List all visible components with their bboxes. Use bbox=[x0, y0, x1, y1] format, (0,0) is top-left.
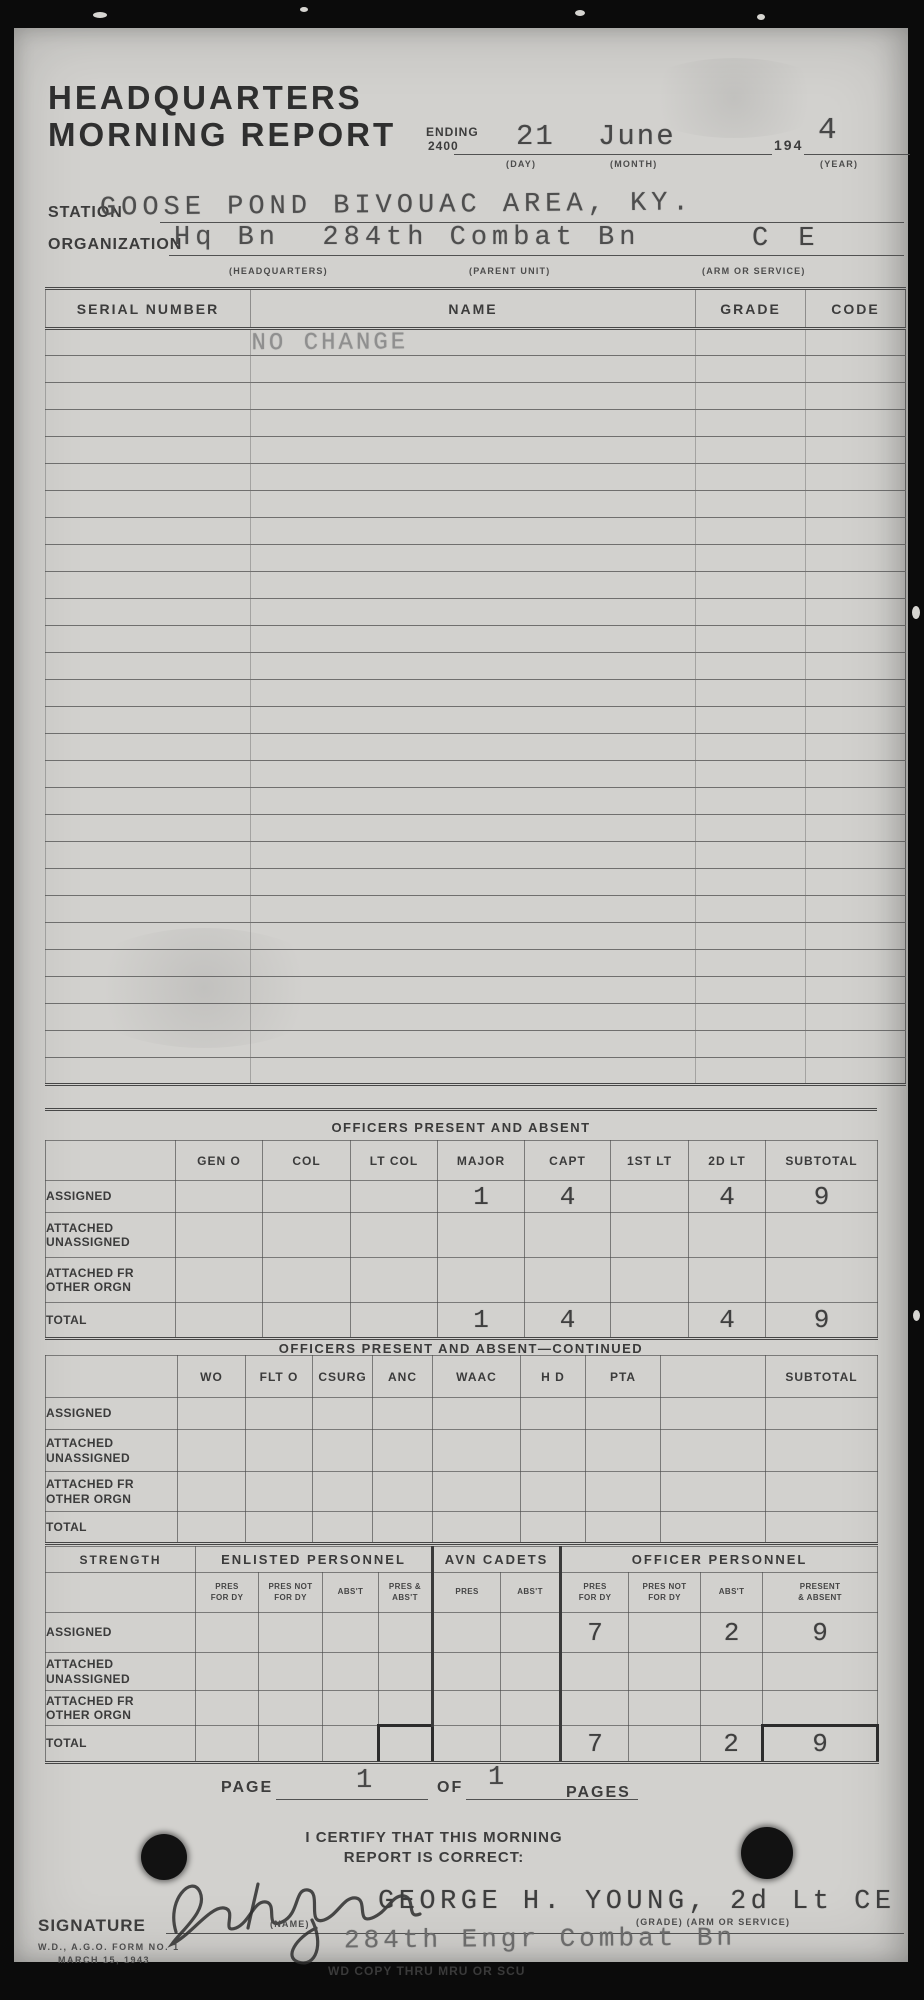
empty-cell bbox=[46, 707, 251, 734]
empty-cell bbox=[46, 329, 251, 356]
strength-table: STRENGTH ENLISTED PERSONNEL AVN CADETS O… bbox=[45, 1546, 879, 1764]
empty-cell bbox=[696, 896, 806, 923]
empty-cell bbox=[251, 896, 696, 923]
enlisted-pres-for-dy: PRESFOR DY bbox=[196, 1573, 259, 1613]
row-label: ASSIGNED bbox=[46, 1181, 176, 1213]
empty-cell bbox=[806, 815, 906, 842]
empty-cell bbox=[696, 950, 806, 977]
strength-group-row: STRENGTH ENLISTED PERSONNEL AVN CADETS O… bbox=[46, 1547, 878, 1573]
empty-cell bbox=[433, 1653, 501, 1691]
value-cell: 4 bbox=[689, 1181, 766, 1213]
officer-present-and-absent: PRESENT& ABSENT bbox=[763, 1573, 878, 1613]
empty-cell bbox=[46, 437, 251, 464]
continued-total-row: TOTAL bbox=[46, 1512, 878, 1544]
empty-cell bbox=[763, 1653, 878, 1691]
form-date: MARCH 15, 1943 bbox=[58, 1955, 150, 1965]
empty-cell bbox=[46, 464, 251, 491]
roster-empty-row bbox=[46, 653, 906, 680]
enlisted-personnel-group: ENLISTED PERSONNEL bbox=[196, 1547, 433, 1573]
officers-col-lt-col: LT COL bbox=[351, 1141, 438, 1181]
empty-cell bbox=[46, 356, 251, 383]
empty-cell bbox=[313, 1472, 373, 1512]
empty-cell bbox=[806, 491, 906, 518]
strength-assigned-row: ASSIGNED 7 2 9 bbox=[46, 1613, 878, 1653]
empty-cell bbox=[766, 1213, 878, 1258]
value-cell bbox=[501, 1613, 561, 1653]
empty-cell bbox=[251, 734, 696, 761]
empty-cell bbox=[521, 1430, 586, 1472]
empty-cell bbox=[661, 1398, 766, 1430]
roster-empty-row bbox=[46, 356, 906, 383]
empty-cell bbox=[251, 518, 696, 545]
value-cell bbox=[263, 1181, 351, 1213]
empty-cell bbox=[373, 1512, 433, 1544]
row-label: ATTACHEDUNASSIGNED bbox=[46, 1213, 176, 1258]
officers-col-capt: CAPT bbox=[525, 1141, 611, 1181]
empty-cell bbox=[806, 356, 906, 383]
empty-cell bbox=[696, 977, 806, 1004]
value-cell bbox=[351, 1303, 438, 1339]
value-cell bbox=[433, 1613, 501, 1653]
empty-cell bbox=[696, 707, 806, 734]
value-cell bbox=[629, 1613, 701, 1653]
empty-cell bbox=[806, 950, 906, 977]
empty-cell bbox=[46, 842, 251, 869]
empty-cell bbox=[696, 869, 806, 896]
row-label: ATTACHED FROTHER ORGN bbox=[46, 1472, 178, 1512]
empty-cell bbox=[806, 1058, 906, 1085]
empty-cell bbox=[806, 1031, 906, 1058]
roster-table: SERIAL NUMBER NAME GRADE CODE NO CHANGE bbox=[45, 287, 906, 1086]
day-caption: (DAY) bbox=[506, 159, 536, 169]
empty-cell bbox=[46, 1031, 251, 1058]
avn-cadets-group: AVN CADETS bbox=[433, 1547, 561, 1573]
empty-cell bbox=[696, 518, 806, 545]
empty-cell bbox=[696, 653, 806, 680]
empty-cell bbox=[806, 464, 906, 491]
empty-cell bbox=[689, 1213, 766, 1258]
value-cell bbox=[501, 1726, 561, 1763]
roster-header-name: NAME bbox=[251, 289, 696, 329]
empty-cell bbox=[176, 1258, 263, 1303]
scan-speck bbox=[93, 12, 107, 18]
value-cell: 4 bbox=[525, 1303, 611, 1339]
roster-header-row: SERIAL NUMBER NAME GRADE CODE bbox=[46, 289, 906, 329]
roster-empty-row bbox=[46, 1058, 906, 1085]
roster-empty-row bbox=[46, 896, 906, 923]
roster-empty-row bbox=[46, 383, 906, 410]
officers-col-subtotal: SUBTOTAL bbox=[766, 1141, 878, 1181]
empty-cell bbox=[251, 653, 696, 680]
officers-continued-table: WO FLT O CSURG ANC WAAC H D PTA SUBTOTAL… bbox=[45, 1355, 878, 1545]
empty-cell bbox=[46, 896, 251, 923]
empty-cell bbox=[251, 923, 696, 950]
scan-speck bbox=[757, 14, 765, 20]
name-caption: (NAME) bbox=[270, 1919, 310, 1929]
empty-cell bbox=[806, 1004, 906, 1031]
empty-cell bbox=[246, 1398, 313, 1430]
page-value: 1 bbox=[356, 1768, 372, 1795]
roster-empty-row bbox=[46, 977, 906, 1004]
officers-assigned-row: ASSIGNED 1 4 4 9 bbox=[46, 1181, 878, 1213]
certify-line1: I CERTIFY THAT THIS MORNING bbox=[214, 1829, 654, 1846]
officers-col-major: MAJOR bbox=[438, 1141, 525, 1181]
empty-cell bbox=[438, 1258, 525, 1303]
empty-cell bbox=[433, 1512, 521, 1544]
typed-name: GEORGE H. YOUNG, 2d Lt CE bbox=[378, 1889, 896, 1916]
empty-cell bbox=[351, 1258, 438, 1303]
continued-col-wo: WO bbox=[178, 1356, 246, 1398]
empty-cell bbox=[251, 842, 696, 869]
roster-header-serial: SERIAL NUMBER bbox=[46, 289, 251, 329]
empty-cell bbox=[696, 842, 806, 869]
empty-cell bbox=[806, 869, 906, 896]
empty-cell bbox=[251, 761, 696, 788]
value-cell bbox=[611, 1303, 689, 1339]
strength-attached-unassigned-row: ATTACHEDUNASSIGNED bbox=[46, 1653, 878, 1691]
roster-header-grade: GRADE bbox=[696, 289, 806, 329]
value-cell bbox=[379, 1726, 433, 1763]
value-cell: 2 bbox=[701, 1726, 763, 1763]
of-label: OF bbox=[437, 1779, 463, 1797]
date-year-value: 4 bbox=[818, 115, 837, 146]
roster-empty-row bbox=[46, 437, 906, 464]
empty-cell bbox=[263, 1258, 351, 1303]
empty-cell bbox=[696, 1004, 806, 1031]
empty-cell bbox=[46, 518, 251, 545]
empty-cell bbox=[806, 923, 906, 950]
empty-cell bbox=[259, 1691, 323, 1726]
empty-cell bbox=[696, 788, 806, 815]
year-prefix: 194 bbox=[774, 137, 803, 153]
empty-cell bbox=[46, 815, 251, 842]
value-cell bbox=[351, 1181, 438, 1213]
empty-cell bbox=[525, 1258, 611, 1303]
value-cell bbox=[176, 1181, 263, 1213]
empty-cell bbox=[373, 1398, 433, 1430]
empty-cell bbox=[251, 869, 696, 896]
empty-cell bbox=[178, 1512, 246, 1544]
officers-header-row: GEN O COL LT COL MAJOR CAPT 1ST LT 2D LT… bbox=[46, 1141, 878, 1181]
roster-empty-row bbox=[46, 680, 906, 707]
value-cell bbox=[433, 1726, 501, 1763]
morning-report-form: HEADQUARTERS MORNING REPORT ENDING 2400 … bbox=[14, 28, 908, 1962]
enlisted-pres-and-abst: PRES &ABS'T bbox=[379, 1573, 433, 1613]
empty-cell bbox=[696, 626, 806, 653]
empty-cell bbox=[806, 545, 906, 572]
empty-cell bbox=[251, 464, 696, 491]
empty-cell bbox=[46, 1573, 196, 1613]
roster-empty-row bbox=[46, 815, 906, 842]
officer-pres-not-for-dy: PRES NOTFOR DY bbox=[629, 1573, 701, 1613]
empty-cell bbox=[696, 464, 806, 491]
roster-empty-row bbox=[46, 1031, 906, 1058]
avn-pres: PRES bbox=[433, 1573, 501, 1613]
organization-value: Hq Bn 284th Combat Bn bbox=[174, 225, 640, 252]
form-title-line1: HEADQUARTERS bbox=[48, 81, 363, 114]
strength-attached-fr-row: ATTACHED FROTHER ORGN bbox=[46, 1691, 878, 1726]
empty-cell bbox=[251, 599, 696, 626]
row-label: TOTAL bbox=[46, 1512, 178, 1544]
empty-cell bbox=[46, 1058, 251, 1085]
empty-cell bbox=[696, 491, 806, 518]
value-cell bbox=[323, 1726, 379, 1763]
page-underline bbox=[276, 1799, 428, 1800]
empty-cell bbox=[525, 1213, 611, 1258]
empty-cell bbox=[806, 977, 906, 1004]
empty-cell bbox=[766, 1430, 878, 1472]
empty-cell bbox=[696, 734, 806, 761]
officers-col-2d-lt: 2D LT bbox=[689, 1141, 766, 1181]
row-label: ATTACHED FROTHER ORGN bbox=[46, 1691, 196, 1726]
empty-cell bbox=[246, 1512, 313, 1544]
continued-attached-fr-row: ATTACHED FROTHER ORGN bbox=[46, 1472, 878, 1512]
value-cell: 1 bbox=[438, 1303, 525, 1339]
empty-cell bbox=[806, 842, 906, 869]
empty-cell bbox=[763, 1691, 878, 1726]
value-cell bbox=[611, 1181, 689, 1213]
empty-cell bbox=[46, 383, 251, 410]
empty-cell bbox=[689, 1258, 766, 1303]
empty-cell bbox=[251, 383, 696, 410]
empty-cell bbox=[313, 1512, 373, 1544]
empty-cell bbox=[696, 815, 806, 842]
officers-continued-title: OFFICERS PRESENT AND ABSENT—CONTINUED bbox=[45, 1341, 877, 1356]
empty-cell bbox=[766, 1512, 878, 1544]
empty-cell bbox=[586, 1430, 661, 1472]
roster-empty-row bbox=[46, 518, 906, 545]
value-cell bbox=[263, 1303, 351, 1339]
empty-cell bbox=[611, 1213, 689, 1258]
organization-underline bbox=[169, 255, 904, 256]
scan-speck bbox=[575, 10, 585, 16]
empty-cell bbox=[46, 869, 251, 896]
empty-cell bbox=[46, 626, 251, 653]
empty-cell bbox=[696, 572, 806, 599]
month-caption: (MONTH) bbox=[610, 159, 657, 169]
row-label: ASSIGNED bbox=[46, 1613, 196, 1653]
certify-line2: REPORT IS CORRECT: bbox=[214, 1849, 654, 1866]
continued-col-csurg: CSURG bbox=[313, 1356, 373, 1398]
scan-background: HEADQUARTERS MORNING REPORT ENDING 2400 … bbox=[0, 0, 924, 2000]
scan-speck bbox=[912, 606, 920, 619]
empty-cell bbox=[176, 1213, 263, 1258]
empty-cell bbox=[251, 356, 696, 383]
value-cell bbox=[379, 1613, 433, 1653]
roster-empty-row bbox=[46, 788, 906, 815]
empty-cell bbox=[586, 1398, 661, 1430]
empty-cell bbox=[251, 545, 696, 572]
empty-cell bbox=[806, 383, 906, 410]
empty-cell bbox=[701, 1691, 763, 1726]
empty-cell bbox=[696, 599, 806, 626]
continued-col-subtotal: SUBTOTAL bbox=[766, 1356, 878, 1398]
empty-cell bbox=[251, 626, 696, 653]
empty-cell bbox=[561, 1691, 629, 1726]
roster-header-code: CODE bbox=[806, 289, 906, 329]
empty-cell bbox=[251, 1004, 696, 1031]
empty-cell bbox=[379, 1653, 433, 1691]
continued-col-anc: ANC bbox=[373, 1356, 433, 1398]
empty-cell bbox=[46, 599, 251, 626]
empty-cell bbox=[661, 1430, 766, 1472]
empty-cell bbox=[178, 1398, 246, 1430]
form-title-line2: MORNING REPORT bbox=[48, 118, 396, 151]
officers-section-rule bbox=[45, 1108, 877, 1111]
continued-col-waac: WAAC bbox=[433, 1356, 521, 1398]
empty-cell bbox=[196, 1653, 259, 1691]
empty-cell bbox=[501, 1691, 561, 1726]
roster-empty-row bbox=[46, 572, 906, 599]
empty-cell bbox=[178, 1430, 246, 1472]
headquarters-caption: (HEADQUARTERS) bbox=[229, 266, 328, 276]
empty-cell bbox=[46, 788, 251, 815]
value-cell: 9 bbox=[766, 1303, 878, 1339]
officer-pres-for-dy: PRESFOR DY bbox=[561, 1573, 629, 1613]
empty-cell bbox=[433, 1472, 521, 1512]
empty-cell bbox=[806, 707, 906, 734]
empty-cell bbox=[46, 761, 251, 788]
roster-entry-row: NO CHANGE bbox=[46, 329, 906, 356]
roster-entry-name: NO CHANGE bbox=[250, 327, 695, 356]
empty-cell bbox=[806, 896, 906, 923]
empty-cell bbox=[251, 788, 696, 815]
empty-cell bbox=[251, 950, 696, 977]
row-label: TOTAL bbox=[46, 1726, 196, 1763]
scan-speck bbox=[300, 7, 308, 12]
empty-cell bbox=[323, 1691, 379, 1726]
roster-empty-row bbox=[46, 410, 906, 437]
empty-cell bbox=[196, 1691, 259, 1726]
enlisted-pres-not-for-dy: PRES NOTFOR DY bbox=[259, 1573, 323, 1613]
scan-speck bbox=[913, 1310, 920, 1321]
empty-cell bbox=[178, 1472, 246, 1512]
empty-cell bbox=[263, 1213, 351, 1258]
empty-cell bbox=[433, 1398, 521, 1430]
roster-empty-row bbox=[46, 761, 906, 788]
value-cell bbox=[176, 1303, 263, 1339]
empty-cell bbox=[701, 1653, 763, 1691]
empty-cell bbox=[46, 950, 251, 977]
roster-empty-rows bbox=[46, 356, 906, 1085]
officers-table: GEN O COL LT COL MAJOR CAPT 1ST LT 2D LT… bbox=[45, 1140, 878, 1340]
roster-empty-row bbox=[46, 923, 906, 950]
empty-cell bbox=[433, 1691, 501, 1726]
empty-cell bbox=[806, 599, 906, 626]
officer-personnel-group: OFFICER PERSONNEL bbox=[561, 1547, 878, 1573]
pages-label: PAGES bbox=[566, 1784, 631, 1802]
continued-assigned-row: ASSIGNED bbox=[46, 1398, 878, 1430]
ending-label: ENDING bbox=[426, 125, 479, 139]
parent-unit-caption: (PARENT UNIT) bbox=[469, 266, 550, 276]
form-number: W.D., A.G.O. FORM NO. 1 bbox=[38, 1942, 180, 1952]
value-cell: 9 bbox=[766, 1181, 878, 1213]
ending-time: 2400 bbox=[428, 139, 459, 153]
empty-cell bbox=[501, 1653, 561, 1691]
row-label: ATTACHED FROTHER ORGN bbox=[46, 1258, 176, 1303]
empty-cell bbox=[246, 1430, 313, 1472]
roster-empty-row bbox=[46, 950, 906, 977]
pages-value: 1 bbox=[488, 1765, 504, 1792]
roster-empty-row bbox=[46, 626, 906, 653]
wd-copy-note: WD COPY THRU MRU OR SCU bbox=[328, 1964, 525, 1978]
empty-cell bbox=[259, 1653, 323, 1691]
officers-col-1st-lt: 1ST LT bbox=[611, 1141, 689, 1181]
empty-cell bbox=[251, 815, 696, 842]
roster-empty-row bbox=[46, 734, 906, 761]
roster-empty-row bbox=[46, 464, 906, 491]
strength-subheader-row: PRESFOR DY PRES NOTFOR DY ABS'T PRES &AB… bbox=[46, 1573, 878, 1613]
officers-attached-fr-row: ATTACHED FROTHER ORGN bbox=[46, 1258, 878, 1303]
empty-cell bbox=[766, 1472, 878, 1512]
empty-cell bbox=[629, 1691, 701, 1726]
empty-cell bbox=[806, 572, 906, 599]
empty-cell bbox=[806, 680, 906, 707]
value-cell bbox=[196, 1726, 259, 1763]
empty-cell bbox=[438, 1213, 525, 1258]
value-cell: 2 bbox=[701, 1613, 763, 1653]
signature-label: SIGNATURE bbox=[38, 1916, 146, 1936]
grade-arm-caption: (GRADE) (ARM OR SERVICE) bbox=[636, 1917, 790, 1927]
empty-cell bbox=[351, 1213, 438, 1258]
empty-cell bbox=[661, 1472, 766, 1512]
empty-cell bbox=[46, 410, 251, 437]
empty-cell bbox=[806, 761, 906, 788]
officers-col-gen-o: GEN O bbox=[176, 1141, 263, 1181]
empty-cell bbox=[696, 1058, 806, 1085]
empty-cell bbox=[696, 680, 806, 707]
empty-cell bbox=[251, 437, 696, 464]
empty-cell bbox=[586, 1512, 661, 1544]
page-label: PAGE bbox=[221, 1779, 273, 1797]
empty-cell bbox=[806, 653, 906, 680]
value-cell: 7 bbox=[561, 1613, 629, 1653]
empty-cell bbox=[696, 356, 806, 383]
empty-cell bbox=[373, 1430, 433, 1472]
year-underline bbox=[804, 154, 910, 155]
row-label: TOTAL bbox=[46, 1303, 176, 1339]
value-cell bbox=[259, 1613, 323, 1653]
empty-cell bbox=[806, 734, 906, 761]
empty-cell bbox=[696, 410, 806, 437]
empty-cell bbox=[46, 1004, 251, 1031]
value-cell: 9 bbox=[763, 1726, 878, 1763]
empty-cell bbox=[379, 1691, 433, 1726]
value-cell bbox=[259, 1726, 323, 1763]
empty-cell bbox=[251, 410, 696, 437]
empty-cell bbox=[629, 1653, 701, 1691]
roster-empty-row bbox=[46, 491, 906, 518]
empty-cell bbox=[46, 923, 251, 950]
date-month-value: June bbox=[598, 122, 676, 151]
row-label: ASSIGNED bbox=[46, 1398, 178, 1430]
empty-cell bbox=[433, 1430, 521, 1472]
empty-cell bbox=[696, 1031, 806, 1058]
continued-col-flt-o: FLT O bbox=[246, 1356, 313, 1398]
roster-empty-row bbox=[46, 1004, 906, 1031]
avn-abst: ABS'T bbox=[501, 1573, 561, 1613]
year-caption: (YEAR) bbox=[820, 159, 858, 169]
empty-cell bbox=[46, 653, 251, 680]
empty-cell bbox=[806, 437, 906, 464]
empty-cell bbox=[46, 545, 251, 572]
enlisted-abst: ABS'T bbox=[323, 1573, 379, 1613]
empty-cell bbox=[46, 572, 251, 599]
strength-total-row: TOTAL 7 2 9 bbox=[46, 1726, 878, 1763]
punch-hole-right bbox=[741, 1827, 793, 1879]
continued-attached-unassigned-row: ATTACHEDUNASSIGNED bbox=[46, 1430, 878, 1472]
empty-cell bbox=[696, 923, 806, 950]
